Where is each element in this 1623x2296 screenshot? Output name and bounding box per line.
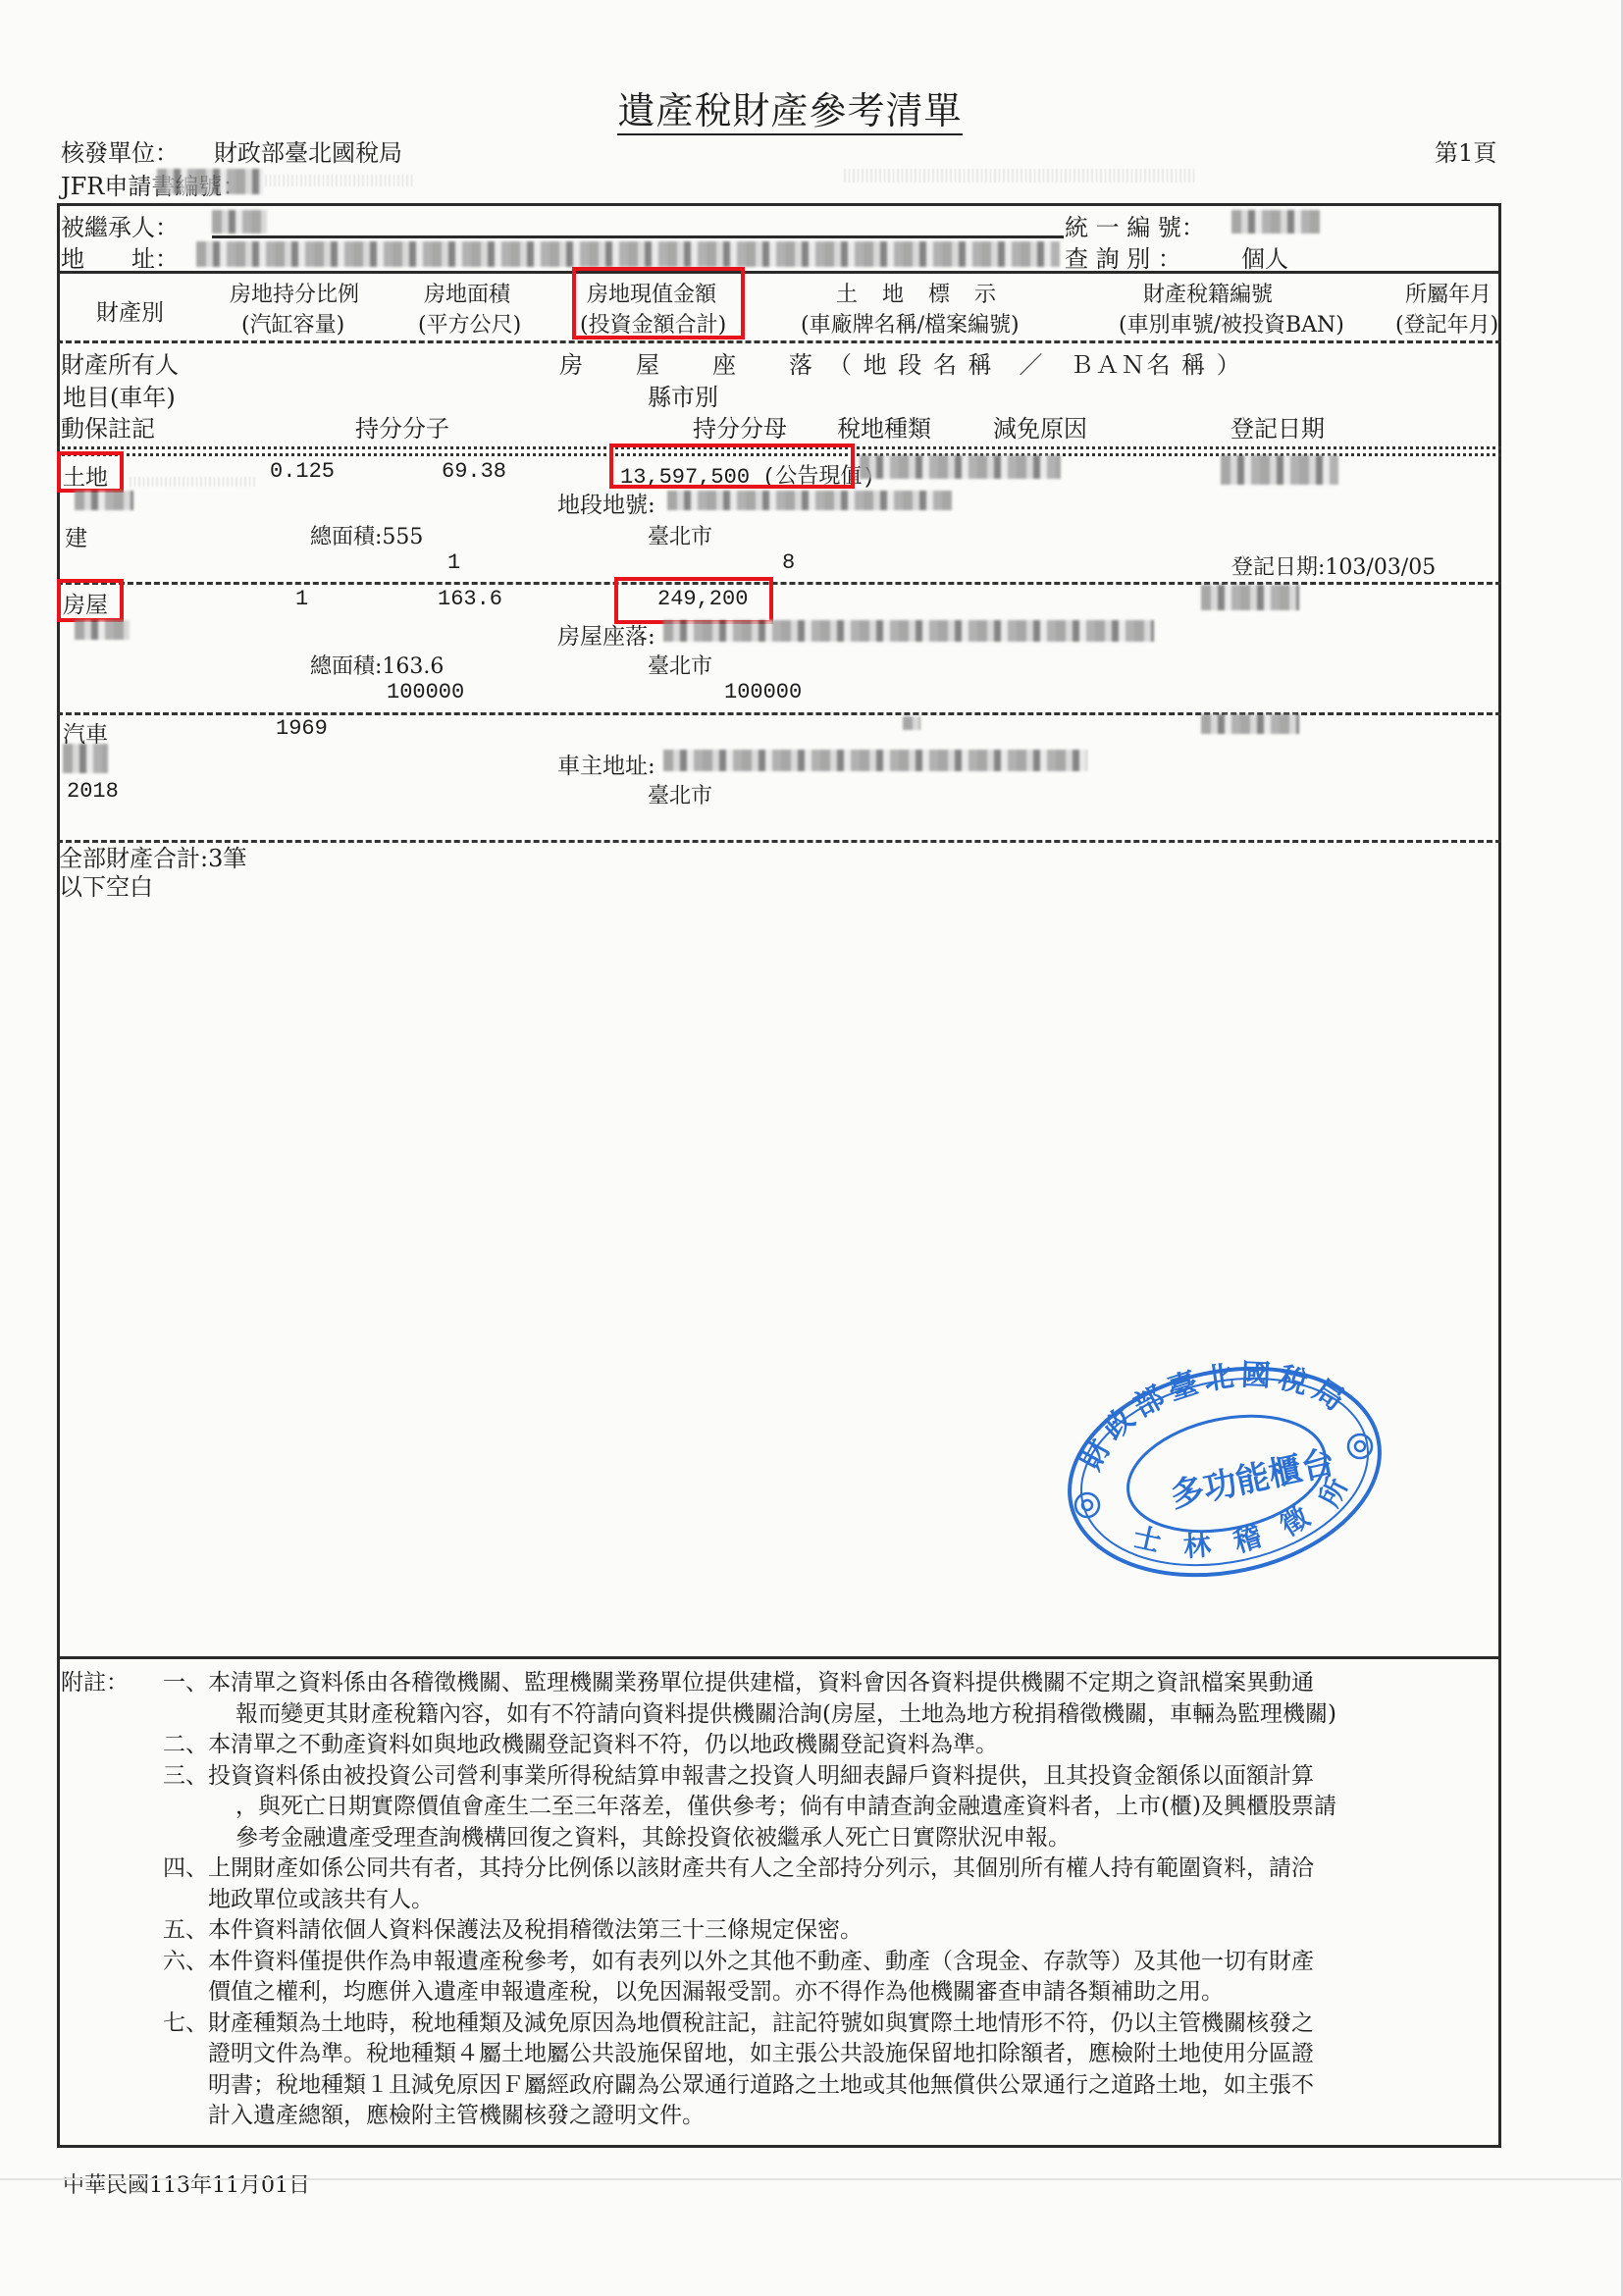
decedent-name-redacted xyxy=(212,210,267,234)
item-land-mark-redacted xyxy=(860,455,1061,479)
scan-noise xyxy=(265,175,412,186)
highlight-land-value xyxy=(609,444,855,489)
col-land-use: 地目(車年) xyxy=(63,378,176,412)
note-item: 三、 投資資料係由被投資公司營利事業所得稅結算申報書之投資人明細表歸戶資料提供，… xyxy=(61,1761,1336,1854)
item-house-location-redacted xyxy=(663,620,1154,642)
query-type-value: 個人 xyxy=(1241,239,1288,274)
highlight-house-value xyxy=(614,577,773,624)
item-car-engine-cc: 1969 xyxy=(276,716,328,741)
item-land-owner-redacted xyxy=(75,491,133,510)
item-land-county: 臺北市 xyxy=(648,520,712,550)
item-land-denominator: 8 xyxy=(782,550,795,575)
col-reg-date: 登記日期 xyxy=(1230,409,1325,444)
issuer-name: 財政部臺北國稅局 xyxy=(214,133,402,168)
name-underline xyxy=(212,235,1064,238)
page-number: 第1頁 xyxy=(1435,133,1496,168)
item-car-plate-redacted xyxy=(1201,714,1299,734)
col-owner: 財產所有人 xyxy=(61,345,179,380)
item-land-use: 建 xyxy=(65,520,87,552)
id-label: 統 一 編 號： xyxy=(1065,208,1205,242)
note-item: 六、 本件資料僅提供作為申報遺產稅參考，如有表列以外之其他不動產、動產（含現金、… xyxy=(61,1947,1336,2009)
item-house-share-ratio: 1 xyxy=(295,587,308,611)
item-land-numerator: 1 xyxy=(447,550,460,575)
application-no-redacted xyxy=(157,169,263,194)
item-car-address-redacted xyxy=(663,750,1087,771)
address-label: 地 址： xyxy=(61,239,179,274)
highlight-house-category xyxy=(57,579,124,622)
summary-blank: 以下空白 xyxy=(59,867,153,902)
item-house-location-label: 房屋座落: xyxy=(557,618,655,651)
address-redacted xyxy=(196,241,1060,267)
col-numerator: 持分分子 xyxy=(355,409,449,444)
id-redacted xyxy=(1231,210,1320,234)
item-house-tax-no-redacted xyxy=(1201,585,1299,610)
col-land-mark: 土 地 標 示 xyxy=(836,278,1005,308)
item-land-reg-date: 登記日期:103/03/05 xyxy=(1231,550,1436,581)
header-dashed-divider xyxy=(57,340,1501,343)
note-item: 五、 本件資料請依個人資料保護法及稅捐稽徵法第三十三條規定保密。 xyxy=(61,1915,1336,1947)
item-house-total-area: 總面積:163.6 xyxy=(310,650,444,680)
note-item: 二、 本清單之不動產資料如與地政機關登記資料不符，仍以地政機關登記資料為準。 xyxy=(61,1730,1336,1761)
item-land-location-redacted xyxy=(667,491,952,510)
highlight-land-category xyxy=(57,451,124,493)
col-area: 房地面積 xyxy=(424,278,510,308)
item-car-brand-redacted xyxy=(903,716,920,730)
decedent-name-label: 被繼承人： xyxy=(61,208,179,242)
item-divider xyxy=(57,840,1501,843)
col-land-mark-sub: (車廠牌名稱/檔案編號) xyxy=(801,308,1020,339)
item-house-county: 臺北市 xyxy=(648,650,712,680)
notes-section: 附註： 一、 本清單之資料係由各稽徵機關、監理機關業務單位提供建檔，資料會因各資… xyxy=(61,1668,1336,2132)
document-title: 遺產稅財產參考清單 xyxy=(0,80,1580,134)
col-location: 房 屋 座 落 （ 地 段 名 稱 ／ ＢＡＮ名 稱 ） xyxy=(559,345,1242,380)
col-share-ratio-sub: (汽缸容量) xyxy=(241,308,344,339)
col-tax-no: 財產稅籍編號 xyxy=(1143,278,1273,308)
item-land-location-label: 地段地號: xyxy=(557,487,655,519)
col-exemption: 減免原因 xyxy=(993,409,1087,444)
col-tax-land-type: 稅地種類 xyxy=(837,409,931,444)
col-lien: 動保註記 xyxy=(61,409,155,444)
issue-date: 中華民國113年11月01日 xyxy=(63,2168,310,2199)
section-divider xyxy=(57,271,1501,274)
highlight-value-header xyxy=(572,267,745,339)
scan-noise xyxy=(844,169,1197,183)
notes-label: 附註： xyxy=(61,1668,149,1730)
item-land-total-area: 總面積:555 xyxy=(310,520,423,550)
official-stamp: 財政部臺北國稅局 多功能櫃台 士林稽徵所 xyxy=(1058,1356,1391,1584)
item-car-owner-redacted xyxy=(63,744,108,773)
col-county: 縣市別 xyxy=(648,378,718,412)
note-item: 七、 財產種類為土地時，稅地種類及減免原因為地價稅註記，註記符號如與實際土地情形… xyxy=(61,2009,1336,2132)
col-tax-no-sub: (車別車號/被投資BAN) xyxy=(1119,308,1344,339)
item-house-owner-redacted xyxy=(75,620,130,640)
item-house-area: 163.6 xyxy=(438,587,502,611)
note-item: 四、 上開財產如係公同共有者，其持分比例係以該財產共有人之全部持分列示，其個別所… xyxy=(61,1853,1336,1915)
col-area-sub: (平方公尺) xyxy=(418,308,521,339)
col-share-ratio: 房地持分比例 xyxy=(230,278,359,308)
item-car-county: 臺北市 xyxy=(648,779,712,809)
scan-noise xyxy=(130,477,257,487)
item-land-share-ratio: 0.125 xyxy=(270,459,335,484)
item-car-location-label: 車主地址: xyxy=(557,748,655,780)
item-land-area: 69.38 xyxy=(442,459,506,484)
col-category: 財產別 xyxy=(96,294,164,327)
item-house-numerator: 100000 xyxy=(387,680,464,704)
col-period: 所屬年月 xyxy=(1405,278,1492,308)
col-period-sub: (登記年月) xyxy=(1395,308,1498,339)
scan-edge xyxy=(0,2178,1623,2180)
col-denominator: 持分分母 xyxy=(693,409,787,444)
issuer-label: 核發單位： xyxy=(61,133,179,168)
item-car-year: 2018 xyxy=(67,779,119,804)
query-type-label: 查 詢 別 ： xyxy=(1065,239,1181,274)
item-house-denominator: 100000 xyxy=(724,680,802,704)
item-land-tax-no-redacted xyxy=(1221,455,1338,485)
notes-divider xyxy=(57,1656,1501,1659)
note-item: 附註： 一、 本清單之資料係由各稽徵機關、監理機關業務單位提供建檔，資料會因各資… xyxy=(61,1668,1336,1730)
